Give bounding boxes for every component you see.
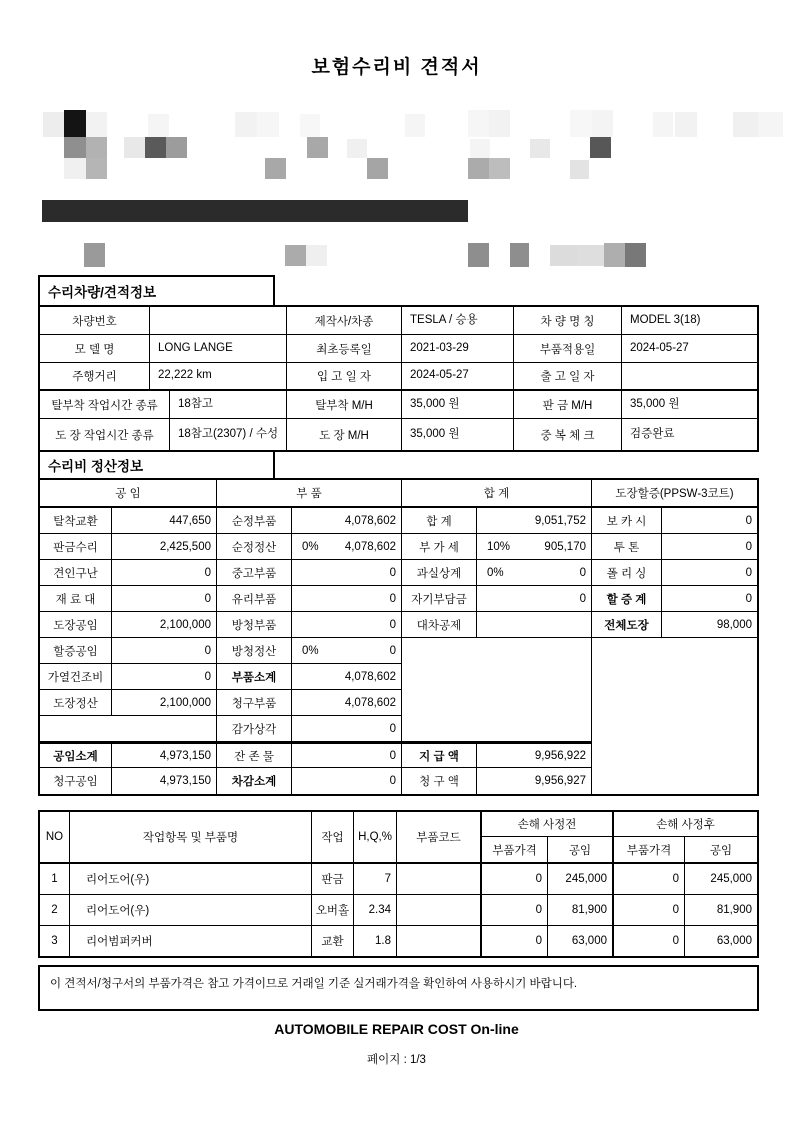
settlement-value: 2,100,000	[112, 690, 217, 716]
vehicle-table-row: 도 장 작업시간 종류18참고(2307) / 수성도 장 M/H35,000 …	[40, 419, 757, 450]
vehicle-table-row: 주행거리22,222 km입 고 일 자2024-05-27출 고 일 자	[40, 363, 757, 391]
amount-value: 0	[580, 567, 586, 579]
col-header-no: NO	[40, 812, 70, 862]
redaction-block	[166, 137, 187, 158]
settlement-label: 지 급 액	[402, 742, 477, 768]
col-header-work: 작업	[312, 812, 354, 862]
amount-value: 0	[390, 645, 396, 657]
settlement-label: 가열건조비	[40, 664, 112, 690]
page-indicator: 페이지 : 1/3	[0, 1051, 793, 1067]
settlement-label: 할증공임	[40, 638, 112, 664]
settlement-label: 도장정산	[40, 690, 112, 716]
settlement-label: 차감소계	[217, 768, 292, 794]
settlement-header-row: 공 임부 품합 계도장할증(PPSW-3코트)	[40, 480, 757, 508]
field-label: 모 델 명	[40, 335, 150, 363]
redaction-bar	[42, 200, 468, 222]
settlement-label: 할 증 계	[592, 586, 662, 612]
disclaimer-box: 이 견적서/청구서의 부품가격은 참고 가격이므로 거래일 기준 실거래가격을 …	[38, 965, 759, 1011]
field-label: 차 량 명 칭	[514, 307, 622, 335]
settlement-value: 0	[112, 638, 217, 664]
settlement-label: 유리부품	[217, 586, 292, 612]
redaction-block	[604, 243, 625, 267]
field-label: 탈부착 작업시간 종류	[40, 391, 170, 419]
amount-value: 4,078,602	[345, 541, 396, 553]
col-header-part-price: 부품가격	[482, 837, 548, 862]
vehicle-table-row: 모 델 명LONG LANGE최초등록일2021-03-29부품적용일2024-…	[40, 335, 757, 363]
redaction-block	[86, 112, 107, 137]
settlement-value: 0	[112, 560, 217, 586]
disclaimer-text: 이 견적서/청구서의 부품가격은 참고 가격이므로 거래일 기준 실거래가격을 …	[50, 978, 577, 990]
field-value: 35,000 원	[402, 391, 514, 419]
redaction-block	[64, 158, 86, 179]
field-value: 18참고	[170, 391, 287, 419]
post-labor: 81,900	[685, 895, 757, 925]
row-number: 1	[40, 864, 70, 894]
redaction-block	[577, 245, 604, 266]
field-value: 2021-03-29	[402, 335, 514, 363]
field-value: 35,000 원	[622, 391, 757, 419]
redaction-block	[86, 137, 107, 158]
redaction-block	[530, 139, 550, 158]
redaction-block	[489, 110, 510, 137]
field-label: 도 장 M/H	[287, 419, 402, 450]
settlement-value: 98,000	[662, 612, 757, 638]
settlement-label: 도장공임	[40, 612, 112, 638]
settlement-label: 판금수리	[40, 534, 112, 560]
percent-value: 0%	[302, 645, 319, 657]
settlement-value: 0	[477, 586, 592, 612]
settlement-label: 대차공제	[402, 612, 477, 638]
redaction-block	[148, 114, 169, 137]
settlement-table: 공 임부 품합 계도장할증(PPSW-3코트) 탈착교환447,650순정부품4…	[38, 478, 759, 796]
redaction-block	[64, 110, 86, 137]
settlement-label: 탈착교환	[40, 508, 112, 534]
percent-value: 0%	[487, 567, 504, 579]
redaction-block	[265, 158, 286, 179]
hq-value: 7	[354, 864, 397, 894]
settlement-value: 0%0	[477, 560, 592, 586]
redaction-block	[758, 112, 783, 137]
settlement-label: 공임소계	[40, 742, 112, 768]
redaction-block	[285, 245, 306, 266]
settlement-value: 9,051,752	[477, 508, 592, 534]
settlement-label: 합 계	[402, 508, 477, 534]
settlement-value: 9,956,922	[477, 742, 592, 768]
field-label: 판 금 M/H	[514, 391, 622, 419]
work-item-row: 2리어도어(우)오버홀2.34081,900081,900	[40, 895, 757, 926]
settlement-value: 2,100,000	[112, 612, 217, 638]
field-label: 탈부착 M/H	[287, 391, 402, 419]
vehicle-section-title: 수리차량/견적정보	[38, 275, 275, 307]
field-label: 차량번호	[40, 307, 150, 335]
settlement-group-header: 합 계	[402, 480, 592, 506]
part-code	[397, 926, 482, 956]
field-value	[150, 307, 287, 335]
vehicle-info-table: 차량번호제작사/차종TESLA / 승용차 량 명 칭MODEL 3(18)모 …	[38, 305, 759, 452]
redaction-block	[347, 139, 367, 158]
settlement-label: 부품소계	[217, 664, 292, 690]
settlement-value: 0	[292, 742, 402, 768]
redaction-block	[86, 158, 107, 179]
field-label: 제작사/차종	[287, 307, 402, 335]
settlement-value: 4,973,150	[112, 742, 217, 768]
brand-line: AUTOMOBILE REPAIR COST On-line	[0, 1021, 793, 1037]
settlement-label: 부 가 세	[402, 534, 477, 560]
redaction-block	[510, 243, 529, 267]
field-value: 22,222 km	[150, 363, 287, 391]
item-name: 리어범퍼커버	[70, 926, 312, 956]
field-value: MODEL 3(18)	[622, 307, 757, 335]
post-labor: 245,000	[685, 864, 757, 894]
field-label: 최초등록일	[287, 335, 402, 363]
redaction-block	[84, 243, 105, 267]
field-value: 검증완료	[622, 419, 757, 450]
settlement-section-title: 수리비 정산정보	[38, 450, 275, 480]
hq-value: 2.34	[354, 895, 397, 925]
settlement-label: 과실상계	[402, 560, 477, 586]
pre-part-price: 0	[482, 895, 548, 925]
percent-value: 0%	[302, 541, 319, 553]
empty-cell	[40, 716, 217, 742]
settlement-label: 순정부품	[217, 508, 292, 534]
settlement-label: 중고부품	[217, 560, 292, 586]
settlement-value: 0	[292, 716, 402, 742]
settlement-label: 순정정산	[217, 534, 292, 560]
document-title: 보험수리비 견적서	[0, 52, 793, 79]
empty-cell	[402, 638, 592, 742]
field-label: 주행거리	[40, 363, 150, 391]
redaction-block	[307, 137, 328, 158]
row-number: 2	[40, 895, 70, 925]
redaction-block	[590, 137, 611, 158]
settlement-value: 0	[662, 560, 757, 586]
settlement-value: 0%4,078,602	[292, 534, 402, 560]
redaction-block	[470, 139, 490, 158]
settlement-value: 9,956,927	[477, 768, 592, 794]
vehicle-table-row: 탈부착 작업시간 종류18참고탈부착 M/H35,000 원판 금 M/H35,…	[40, 391, 757, 419]
row-number: 3	[40, 926, 70, 956]
redaction-block	[235, 112, 257, 137]
field-label: 중 복 체 크	[514, 419, 622, 450]
settlement-value: 0	[292, 768, 402, 794]
post-part-price: 0	[614, 926, 685, 956]
col-header-part-price: 부품가격	[614, 837, 685, 862]
work-table-body: 1리어도어(우)판금70245,0000245,0002리어도어(우)오버홀2.…	[40, 864, 757, 956]
work-type: 교환	[312, 926, 354, 956]
redaction-block	[468, 110, 489, 137]
settlement-label: 자기부담금	[402, 586, 477, 612]
percent-value: 10%	[487, 541, 510, 553]
redaction-block	[733, 112, 758, 137]
redaction-block	[367, 158, 388, 179]
settlement-label: 재 료 대	[40, 586, 112, 612]
settlement-label: 감가상각	[217, 716, 292, 742]
redaction-block	[64, 137, 86, 158]
col-header-hq: H,Q,%	[354, 812, 397, 862]
col-header-pre-assessment: 손해 사정전	[482, 812, 614, 837]
settlement-label: 폴 리 싱	[592, 560, 662, 586]
redaction-block	[43, 112, 64, 137]
settlement-value: 2,425,500	[112, 534, 217, 560]
settlement-label: 방청부품	[217, 612, 292, 638]
redaction-block	[570, 110, 592, 137]
settlement-value: 0	[662, 586, 757, 612]
field-label: 출 고 일 자	[514, 363, 622, 391]
work-table-header: NO 작업항목 및 부품명 작업 H,Q,% 부품코드 손해 사정전 손해 사정…	[40, 812, 757, 864]
settlement-body: 탈착교환447,650순정부품4,078,602합 계9,051,752보 카 …	[40, 508, 757, 794]
redaction-block	[468, 243, 489, 267]
document-page: 보험수리비 견적서 수리차량/견적정보 차량번호제작사/차종TESLA / 승용…	[0, 0, 793, 1123]
pre-labor: 245,000	[548, 864, 614, 894]
part-code	[397, 864, 482, 894]
settlement-value: 4,078,602	[292, 508, 402, 534]
redaction-block	[257, 112, 279, 137]
amount-value: 905,170	[544, 541, 586, 553]
work-items-table: NO 작업항목 및 부품명 작업 H,Q,% 부품코드 손해 사정전 손해 사정…	[38, 810, 759, 958]
vehicle-table-row: 차량번호제작사/차종TESLA / 승용차 량 명 칭MODEL 3(18)	[40, 307, 757, 335]
field-value: 18참고(2307) / 수성	[170, 419, 287, 450]
pre-part-price: 0	[482, 926, 548, 956]
settlement-value: 0	[112, 586, 217, 612]
settlement-value: 4,078,602	[292, 690, 402, 716]
empty-cell	[592, 638, 757, 794]
item-name: 리어도어(우)	[70, 864, 312, 894]
col-header-item-name: 작업항목 및 부품명	[70, 812, 312, 862]
settlement-label: 청구공임	[40, 768, 112, 794]
col-header-labor: 공임	[685, 837, 757, 862]
redaction-block	[124, 137, 145, 158]
settlement-group-header: 부 품	[217, 480, 402, 506]
col-header-labor: 공임	[548, 837, 614, 862]
pre-labor: 81,900	[548, 895, 614, 925]
redaction-block	[145, 137, 166, 158]
redaction-block	[653, 112, 673, 137]
settlement-value	[477, 612, 592, 638]
settlement-label: 청구부품	[217, 690, 292, 716]
col-header-part-code: 부품코드	[397, 812, 482, 862]
settlement-label: 견인구난	[40, 560, 112, 586]
post-labor: 63,000	[685, 926, 757, 956]
redaction-block	[300, 114, 320, 137]
settlement-label: 청 구 액	[402, 768, 477, 794]
settlement-value: 0	[292, 560, 402, 586]
work-type: 판금	[312, 864, 354, 894]
work-item-row: 3리어범퍼커버교환1.8063,000063,000	[40, 926, 757, 956]
redaction-block	[468, 158, 489, 179]
field-label: 부품적용일	[514, 335, 622, 363]
pre-labor: 63,000	[548, 926, 614, 956]
field-value: TESLA / 승용	[402, 307, 514, 335]
settlement-label: 전체도장	[592, 612, 662, 638]
redaction-block	[489, 158, 510, 179]
field-value	[622, 363, 757, 391]
settlement-value: 0	[662, 508, 757, 534]
settlement-value: 4,973,150	[112, 768, 217, 794]
field-value: 2024-05-27	[622, 335, 757, 363]
field-label: 도 장 작업시간 종류	[40, 419, 170, 450]
work-item-row: 1리어도어(우)판금70245,0000245,000	[40, 864, 757, 895]
settlement-label: 투 톤	[592, 534, 662, 560]
item-name: 리어도어(우)	[70, 895, 312, 925]
settlement-value: 0	[292, 612, 402, 638]
pre-part-price: 0	[482, 864, 548, 894]
settlement-group-header: 공 임	[40, 480, 217, 506]
redaction-block	[625, 243, 646, 267]
settlement-value: 4,078,602	[292, 664, 402, 690]
field-value: LONG LANGE	[150, 335, 287, 363]
settlement-value: 0	[292, 586, 402, 612]
redaction-block	[592, 110, 613, 137]
settlement-value: 0%0	[292, 638, 402, 664]
col-header-post-assessment: 손해 사정후	[614, 812, 757, 837]
redaction-block	[570, 160, 589, 179]
redaction-block	[306, 245, 327, 266]
redaction-block	[550, 245, 577, 266]
settlement-label: 방청정산	[217, 638, 292, 664]
settlement-value: 0	[112, 664, 217, 690]
field-value: 2024-05-27	[402, 363, 514, 391]
redaction-block	[675, 112, 697, 137]
work-type: 오버홀	[312, 895, 354, 925]
field-value: 35,000 원	[402, 419, 514, 450]
redaction-block	[405, 114, 425, 137]
settlement-value: 447,650	[112, 508, 217, 534]
settlement-label: 잔 존 물	[217, 742, 292, 768]
part-code	[397, 895, 482, 925]
post-part-price: 0	[614, 895, 685, 925]
post-part-price: 0	[614, 864, 685, 894]
settlement-label: 보 카 시	[592, 508, 662, 534]
settlement-value: 10%905,170	[477, 534, 592, 560]
settlement-value: 0	[662, 534, 757, 560]
hq-value: 1.8	[354, 926, 397, 956]
field-label: 입 고 일 자	[287, 363, 402, 391]
settlement-group-header: 도장할증(PPSW-3코트)	[592, 480, 757, 506]
